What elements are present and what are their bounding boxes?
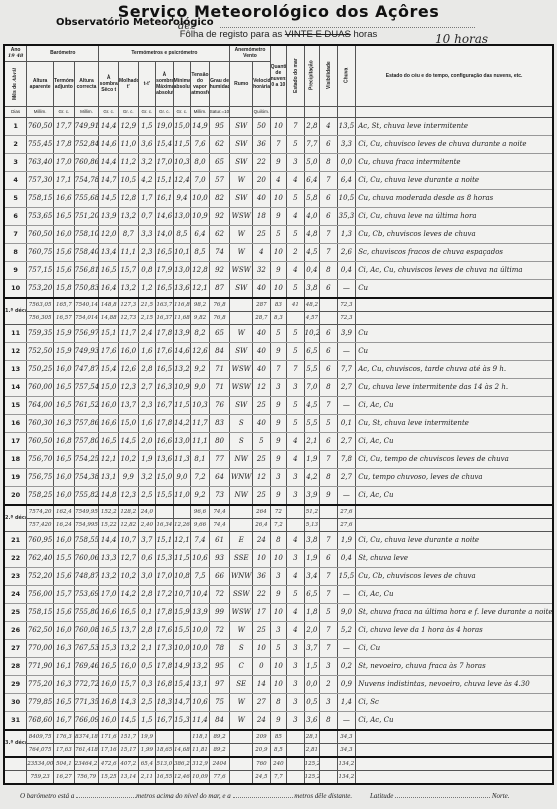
- cell-hum: 62: [209, 135, 230, 153]
- summary-cell: [287, 730, 305, 744]
- wet-bulb-header: Molhado t': [119, 61, 139, 106]
- table-row: 4757,3017,1754,7814,710,54,215,112,47,05…: [4, 171, 553, 189]
- cell-mar: 4: [287, 432, 305, 450]
- cell-vel: 36: [253, 135, 271, 153]
- cell-hum: 99: [209, 603, 230, 621]
- cell-remark: St, chuva fraca na última hora e f. leve…: [356, 603, 553, 621]
- cell-tens: 13,1: [191, 675, 210, 693]
- cell-max: 17,8: [156, 603, 174, 621]
- cell-molh: 10,2: [119, 567, 139, 585]
- cell-molh: 14,3: [119, 693, 139, 711]
- cell-tens: 13,9: [191, 603, 210, 621]
- cell-diff: 1,9: [138, 450, 156, 468]
- cell-molh: 8,7: [119, 225, 139, 243]
- summary-cell: 51,2: [304, 505, 319, 519]
- cell-hum: 77: [209, 450, 230, 468]
- cell-max: 16,3: [156, 378, 174, 396]
- cell-nuv: 9: [270, 711, 287, 730]
- cell-term: 16,5: [54, 396, 75, 414]
- cell-vel: 40: [253, 414, 271, 432]
- cell-min: 15,3: [173, 711, 191, 730]
- summary-cell: [173, 730, 191, 744]
- cell-alt: 764,00: [27, 396, 54, 414]
- summary-cell: 7,2: [270, 518, 287, 531]
- humidity-header: Grau de humidade: [209, 61, 230, 106]
- summary-cell: [173, 505, 191, 519]
- monthly-sum-row: 23534,00504,123464,27472,6407,265,4513,0…: [4, 757, 553, 771]
- cell-prec: 3,8: [304, 531, 319, 549]
- cell-seco: 16,0: [99, 675, 119, 693]
- summary-row: 756,30516,57754,01414,8812,732,1516,3711…: [4, 311, 553, 324]
- total-cell: 10,09: [191, 770, 210, 784]
- cell-max: 16,6: [156, 432, 174, 450]
- total-cell: 23534,00: [27, 757, 54, 771]
- cell-prec: 2,1: [304, 432, 319, 450]
- cell-vis: 6: [320, 549, 338, 567]
- cell-rumo: WSW: [230, 360, 253, 378]
- cell-seco: 14,4: [99, 153, 119, 171]
- cell-alt: 763,40: [27, 153, 54, 171]
- cell-corr: 755,80: [74, 603, 99, 621]
- unit-cell: Gr. c.: [119, 106, 139, 117]
- cell-chuva: 1,3: [337, 225, 356, 243]
- summary-cell: 98,2: [191, 298, 210, 312]
- cell-remark: Ci, Sc: [356, 693, 553, 711]
- day-number: 24: [4, 585, 27, 603]
- unit-cell: [356, 106, 553, 117]
- cell-seco: 16,5: [99, 261, 119, 279]
- cell-chuva: —: [337, 585, 356, 603]
- cell-chuva: 0,9: [337, 675, 356, 693]
- summary-cell: 74,4: [209, 518, 230, 531]
- decade-label: 2.ª década: [4, 505, 27, 532]
- summary-cell: 7563,05: [27, 298, 54, 312]
- cell-vel: 22: [253, 153, 271, 171]
- cell-remark: Cu, St, chuva leve intermitente: [356, 414, 553, 432]
- summary-cell: [287, 505, 305, 519]
- cell-term: 17,7: [54, 117, 75, 135]
- cell-seco: 13,4: [99, 243, 119, 261]
- day-number: 15: [4, 396, 27, 414]
- cell-vel: 24: [253, 711, 271, 730]
- cell-prec: 5,8: [304, 189, 319, 207]
- cell-alt: 750,25: [27, 360, 54, 378]
- cell-rumo: WSW: [230, 207, 253, 225]
- cell-diff: 2,8: [138, 621, 156, 639]
- cell-tens: 11,7: [191, 414, 210, 432]
- summary-cell: 756,305: [27, 311, 54, 324]
- cell-max: 17,6: [156, 621, 174, 639]
- cell-mar: 4: [287, 261, 305, 279]
- cell-alt: 760,30: [27, 414, 54, 432]
- cell-rumo: SW: [230, 153, 253, 171]
- cell-seco: 14,4: [99, 531, 119, 549]
- cell-molh: 12,9: [119, 117, 139, 135]
- cell-prec: 4,8: [304, 225, 319, 243]
- summary-cell: 11,81: [191, 743, 210, 757]
- cell-nuv: 10: [270, 549, 287, 567]
- cell-nuv: 10: [270, 657, 287, 675]
- summary-remark-cell: [356, 743, 553, 757]
- cell-seco: 14,6: [99, 135, 119, 153]
- dry-bulb-header: À sombraSêco t: [99, 61, 119, 106]
- cell-term: 15,7: [54, 585, 75, 603]
- summary-cell: 8,5: [270, 743, 287, 757]
- cell-molh: 13,7: [119, 396, 139, 414]
- total-cell: 513,0: [156, 757, 174, 771]
- anemometer-group-header: AnemómetroVento: [230, 45, 270, 61]
- cell-chuva: —: [337, 639, 356, 657]
- cell-prec: 3,6: [304, 711, 319, 730]
- table-row: 15764,0016,5761,5216,013,72,316,711,510,…: [4, 396, 553, 414]
- cell-prec: 1,5: [304, 657, 319, 675]
- cell-max: 17,0: [156, 153, 174, 171]
- cell-tens: 11,1: [191, 432, 210, 450]
- cell-prec: 4,5: [304, 243, 319, 261]
- summary-remark-cell: [356, 311, 553, 324]
- cell-hum: 66: [209, 567, 230, 585]
- cell-nuv: 9: [270, 450, 287, 468]
- cell-remark: Ci, Cu, chuva leve durante a noite: [356, 531, 553, 549]
- cell-min: 9,0: [173, 468, 191, 486]
- cell-molh: 12,8: [119, 189, 139, 207]
- cell-mar: 3: [287, 378, 305, 396]
- cell-chuva: —: [337, 486, 356, 505]
- summary-cell: 12,26: [173, 518, 191, 531]
- cell-vis: 7: [320, 531, 338, 549]
- cell-chuva: 35,3: [337, 207, 356, 225]
- cell-rumo: WSW: [230, 378, 253, 396]
- summary-cell: 85: [270, 730, 287, 744]
- cell-mar: 5: [287, 225, 305, 243]
- cell-term: 17,0: [54, 153, 75, 171]
- cell-chuva: —: [337, 342, 356, 360]
- cell-remark: Cu, chuva leve intermitente das 14 às 2 …: [356, 378, 553, 396]
- table-row: 12752,5015,9749,9317,616,01,617,614,612,…: [4, 342, 553, 360]
- cell-term: 16,5: [54, 207, 75, 225]
- cell-seco: 16,5: [99, 621, 119, 639]
- cell-alt: 758,15: [27, 603, 54, 621]
- cell-min: 10,8: [173, 567, 191, 585]
- cell-vis: 4: [320, 117, 338, 135]
- day-number: 6: [4, 207, 27, 225]
- cell-alt: 758,25: [27, 486, 54, 505]
- thermometers-group-header: Termómetros e psicrómetro: [99, 45, 230, 61]
- day-number: 3: [4, 153, 27, 171]
- cell-rumo: SW: [230, 342, 253, 360]
- cell-vis: 8: [320, 378, 338, 396]
- cell-tens: 7,0: [191, 171, 210, 189]
- cell-mar: 5: [287, 342, 305, 360]
- cell-chuva: 5,2: [337, 621, 356, 639]
- table-row: 13750,2516,0747,8715,412,62,816,513,29,2…: [4, 360, 553, 378]
- cell-term: 17,8: [54, 135, 75, 153]
- table-row: 23752,2015,6748,8713,210,23,017,010,87,5…: [4, 567, 553, 585]
- unit-cell: [304, 106, 319, 117]
- summary-cell: [230, 505, 253, 519]
- cell-diff: 2,8: [138, 585, 156, 603]
- cell-hum: 62: [209, 225, 230, 243]
- cell-vel: 27: [253, 693, 271, 711]
- cell-diff: 0,1: [138, 603, 156, 621]
- cell-min: 15,5: [173, 621, 191, 639]
- cell-alt: 775,20: [27, 675, 54, 693]
- cell-hum: 93: [209, 549, 230, 567]
- cell-mar: 4: [287, 207, 305, 225]
- cell-max: 17,3: [156, 639, 174, 657]
- total-cell: [230, 770, 253, 784]
- total-cell: [320, 770, 338, 784]
- cell-mar: 3: [287, 693, 305, 711]
- cell-alt: 759,35: [27, 324, 54, 342]
- cell-rumo: SSE: [230, 549, 253, 567]
- wind-direction-header: Rumo: [230, 61, 253, 106]
- cell-corr: 752,84: [74, 135, 99, 153]
- register-table: Ano19 48 Barómetro Termómetros e psicróm…: [3, 44, 554, 785]
- cell-alt: 756,00: [27, 585, 54, 603]
- cell-diff: 0,8: [138, 261, 156, 279]
- cell-tens: 10,6: [191, 549, 210, 567]
- cell-rumo: WSW: [230, 603, 253, 621]
- cell-chuva: 9,0: [337, 603, 356, 621]
- total-cell: 472,6: [99, 757, 119, 771]
- cell-hum: 95: [209, 117, 230, 135]
- table-row: 7760,5016,0758,1012,08,73,314,08,56,462W…: [4, 225, 553, 243]
- cell-seco: 14,5: [99, 189, 119, 207]
- cell-rumo: W: [230, 621, 253, 639]
- cell-nuv: 5: [270, 324, 287, 342]
- month-header: Mês de Abril: [4, 61, 27, 106]
- cell-term: 16,7: [54, 711, 75, 730]
- cell-min: 10,1: [173, 243, 191, 261]
- cell-vel: 5: [253, 432, 271, 450]
- cell-hum: 78: [209, 639, 230, 657]
- cell-max: 17,8: [156, 324, 174, 342]
- cell-max: 14,0: [156, 225, 174, 243]
- summary-cell: 72: [270, 505, 287, 519]
- cell-seco: 13,9: [99, 207, 119, 225]
- cell-min: 10,0: [173, 639, 191, 657]
- cell-rumo: W: [230, 693, 253, 711]
- summary-row: 1.ª década7563,05165,77540,14148,8127,32…: [4, 298, 553, 312]
- cell-vis: 5: [320, 414, 338, 432]
- cell-tens: 12,6: [191, 342, 210, 360]
- day-number: 26: [4, 621, 27, 639]
- summary-cell: [156, 505, 174, 519]
- summary-cell: 287: [253, 298, 271, 312]
- cell-vis: 6: [320, 432, 338, 450]
- summary-cell: 15,17: [119, 743, 139, 757]
- summary-cell: 2,15: [138, 311, 156, 324]
- unit-cell: [287, 106, 305, 117]
- cell-rumo: SW: [230, 189, 253, 207]
- summary-cell: 76,8: [209, 298, 230, 312]
- cell-tens: 7,4: [191, 531, 210, 549]
- cell-term: 15,9: [54, 324, 75, 342]
- cell-diff: 2,8: [138, 360, 156, 378]
- summary-cell: [287, 311, 305, 324]
- cell-vis: 7: [320, 396, 338, 414]
- cell-nuv: 9: [270, 414, 287, 432]
- cell-term: 16,3: [54, 414, 75, 432]
- cell-nuv: 8: [270, 693, 287, 711]
- summary-cell: 152,2: [99, 505, 119, 519]
- cell-vel: 18: [253, 207, 271, 225]
- cell-term: 16,0: [54, 531, 75, 549]
- cell-chuva: 1,4: [337, 693, 356, 711]
- summary-cell: 89,2: [209, 743, 230, 757]
- cell-chuva: 0,2: [337, 657, 356, 675]
- cell-molh: 10,2: [119, 450, 139, 468]
- cell-vis: 2: [320, 675, 338, 693]
- cell-chuva: —: [337, 396, 356, 414]
- cell-hum: 92: [209, 261, 230, 279]
- cell-prec: 4,0: [304, 207, 319, 225]
- cell-remark: Sc, chuviscos fracos de chuva espaçados: [356, 243, 553, 261]
- cell-chuva: 2,7: [337, 432, 356, 450]
- cell-mar: 4: [287, 450, 305, 468]
- day-number: 14: [4, 378, 27, 396]
- cell-mar: 7: [287, 360, 305, 378]
- cell-remark: Nuvens indistintas, nevoeiro, chuva leve…: [356, 675, 553, 693]
- summary-cell: 48,2: [304, 298, 319, 312]
- cell-seco: 17,0: [99, 585, 119, 603]
- cell-seco: 12,1: [99, 450, 119, 468]
- cell-seco: 16,5: [99, 657, 119, 675]
- day-number: 7: [4, 225, 27, 243]
- cell-diff: 1,6: [138, 414, 156, 432]
- decade-label: 1.ª década: [4, 298, 27, 325]
- vapor-tension-header: Tensão do vapor atmosférico: [191, 61, 210, 106]
- cell-corr: 761,52: [74, 396, 99, 414]
- summary-row: 2.ª década7574,20162,47549,95152,2128,22…: [4, 505, 553, 519]
- summary-cell: 28,7: [253, 311, 271, 324]
- total-cell: 756,79: [74, 770, 99, 784]
- table-row: 9757,1515,6756,8116,515,70,817,913,012,8…: [4, 261, 553, 279]
- summary-cell: 76,8: [209, 311, 230, 324]
- cell-molh: 15,7: [119, 675, 139, 693]
- cell-min: 10,9: [173, 378, 191, 396]
- cell-min: 13,0: [173, 261, 191, 279]
- cell-prec: 6,5: [304, 585, 319, 603]
- summary-cell: [287, 743, 305, 757]
- cell-prec: 2,0: [304, 621, 319, 639]
- cell-nuv: 3: [270, 378, 287, 396]
- cell-mar: 4: [287, 603, 305, 621]
- cell-rumo: SSW: [230, 585, 253, 603]
- cell-alt: 753,20: [27, 279, 54, 298]
- cell-molh: 14,2: [119, 585, 139, 603]
- cell-mar: 3: [287, 486, 305, 505]
- day-number: 10: [4, 279, 27, 298]
- cell-corr: 748,87: [74, 567, 99, 585]
- units-row: DiasMillim.Gr. c.Millim.Gr. c.Gr. c.Gr. …: [4, 106, 553, 117]
- cell-tens: 6,4: [191, 225, 210, 243]
- cell-corr: 749,93: [74, 342, 99, 360]
- cell-molh: 16,0: [119, 342, 139, 360]
- day-number: 11: [4, 324, 27, 342]
- summary-cell: 116,8: [173, 298, 191, 312]
- footer-barometer-note: O barómetro está a metros acima do nivel…: [20, 792, 352, 800]
- cell-remark: Cu, chuva moderada desde as 8 horas: [356, 189, 553, 207]
- cell-max: 15,0: [156, 468, 174, 486]
- cell-remark: Cu: [356, 279, 553, 298]
- unit-cell: Gr. c.: [54, 106, 75, 117]
- cell-vel: 20: [253, 171, 271, 189]
- summary-cell: 754,995: [74, 518, 99, 531]
- sheet-suffix: horas: [353, 29, 377, 40]
- total-cell: 2,11: [138, 770, 156, 784]
- cell-mar: 2: [287, 243, 305, 261]
- cell-chuva: 13,5: [337, 117, 356, 135]
- cell-chuva: 6,4: [337, 171, 356, 189]
- cell-prec: 1,9: [304, 549, 319, 567]
- cell-max: 16,7: [156, 396, 174, 414]
- cell-molh: 11,0: [119, 135, 139, 153]
- table-row: 5758,1516,6755,6814,512,81,716,19,410,08…: [4, 189, 553, 207]
- cell-vel: 24: [253, 531, 271, 549]
- cell-vel: 25: [253, 621, 271, 639]
- cell-vel: 17: [253, 603, 271, 621]
- summary-cell: 4,57: [304, 311, 319, 324]
- cell-molh: 11,2: [119, 153, 139, 171]
- cell-nuv: 10: [270, 603, 287, 621]
- summary-row: 764,07517,63761,41817,1615,171,9918,6514…: [4, 743, 553, 757]
- cell-vel: 12: [253, 468, 271, 486]
- cell-seco: 13,3: [99, 549, 119, 567]
- cell-nuv: 9: [270, 396, 287, 414]
- total-cell: 15,25: [99, 770, 119, 784]
- cell-hum: 64: [209, 468, 230, 486]
- cell-chuva: 7,7: [337, 360, 356, 378]
- cell-alt: 753,65: [27, 207, 54, 225]
- summary-cell: [230, 311, 253, 324]
- unit-cell: [337, 106, 356, 117]
- table-row: 6753,6516,5751,2013,913,20,714,613,010,9…: [4, 207, 553, 225]
- total-cell: 386,2: [173, 757, 191, 771]
- total-cell: 125,2: [304, 757, 319, 771]
- cell-max: 16,8: [156, 675, 174, 693]
- summary-cell: [320, 298, 338, 312]
- cell-tens: 8,1: [191, 450, 210, 468]
- corrected-height-header: Altura correcta: [74, 61, 99, 106]
- cell-nuv: 5: [270, 225, 287, 243]
- cell-min: 13,6: [173, 279, 191, 298]
- cell-seco: 16,6: [99, 414, 119, 432]
- cell-diff: 3,3: [138, 225, 156, 243]
- cell-diff: 2,3: [138, 243, 156, 261]
- cell-diff: 1,2: [138, 279, 156, 298]
- summary-cell: 34,3: [337, 730, 356, 744]
- cell-term: 16,5: [54, 693, 75, 711]
- cell-rumo: E: [230, 531, 253, 549]
- cell-remark: Ci, Ac, Cu: [356, 432, 553, 450]
- cell-alt: 760,50: [27, 117, 54, 135]
- summary-cell: 118,1: [191, 730, 210, 744]
- cell-corr: 756,81: [74, 261, 99, 279]
- cell-hum: 97: [209, 675, 230, 693]
- summary-row: 757,42016,24754,99515,2212,822,4016,3412…: [4, 518, 553, 531]
- summary-cell: 72,3: [337, 298, 356, 312]
- table-row: 16760,3016,3757,8616,615,01,617,814,211,…: [4, 414, 553, 432]
- cell-term: 16,5: [54, 378, 75, 396]
- cell-molh: 14,5: [119, 432, 139, 450]
- cell-remark: St, chuva leve: [356, 549, 553, 567]
- min-temp-header: Mínima absoluta: [173, 61, 191, 106]
- cell-vel: 40: [253, 189, 271, 207]
- cell-alt: 757,30: [27, 171, 54, 189]
- cell-vel: 32: [253, 261, 271, 279]
